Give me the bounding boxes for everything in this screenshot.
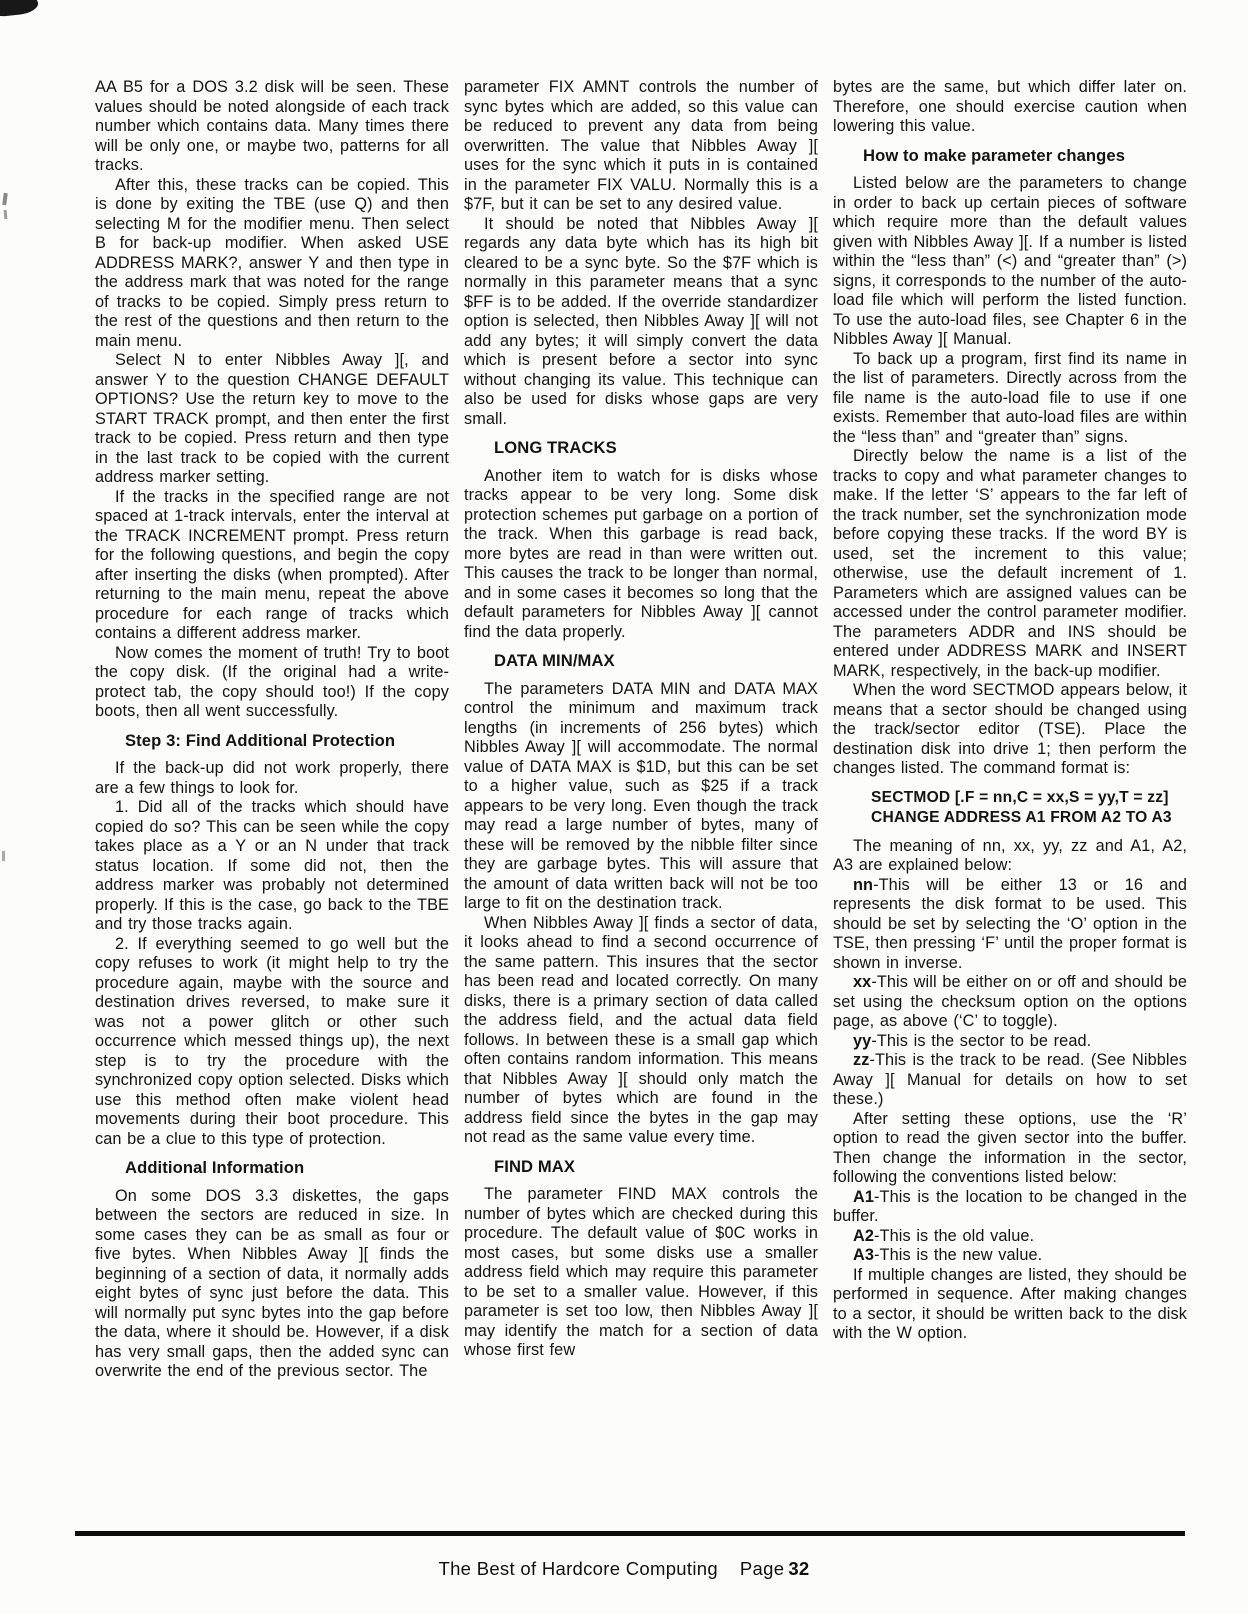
paragraph-text: Listed below are the parameters to chang… bbox=[833, 174, 1187, 348]
paragraph-text: After setting these options, use the ‘R’… bbox=[833, 1110, 1187, 1187]
paragraph-text: If multiple changes are listed, they sho… bbox=[833, 1266, 1187, 1343]
paragraph-text: On some DOS 3.3 diskettes, the gaps betw… bbox=[95, 1187, 449, 1381]
paragraph-lead: A1 bbox=[853, 1188, 874, 1206]
paragraph: If the back-up did not work properly, th… bbox=[95, 759, 449, 798]
paragraph: zz-This is the track to be read. (See Ni… bbox=[833, 1051, 1187, 1110]
paragraph-text: -This is the location to be changed in t… bbox=[833, 1188, 1187, 1226]
paragraph: When Nibbles Away ][ finds a sector of d… bbox=[464, 914, 818, 1148]
paragraph-text: Select N to enter Nibbles Away ][, and a… bbox=[95, 351, 449, 486]
section-heading: DATA MIN/MAX bbox=[494, 651, 818, 671]
paragraph-text: If the tracks in the specified range are… bbox=[95, 488, 449, 643]
paragraph: The parameters DATA MIN and DATA MAX con… bbox=[464, 680, 818, 914]
text-column-1: AA B5 for a DOS 3.2 disk will be seen. T… bbox=[95, 78, 449, 1382]
section-heading: Additional Information bbox=[125, 1158, 449, 1178]
paragraph: If the tracks in the specified range are… bbox=[95, 488, 449, 644]
footer-divider bbox=[75, 1531, 1185, 1536]
footer-title: The Best of Hardcore Computing bbox=[438, 1558, 717, 1579]
paragraph-text: When Nibbles Away ][ finds a sector of d… bbox=[464, 914, 818, 1147]
article-body: AA B5 for a DOS 3.2 disk will be seen. T… bbox=[95, 78, 1187, 1382]
paragraph-lead: A2 bbox=[853, 1227, 874, 1245]
paragraph: On some DOS 3.3 diskettes, the gaps betw… bbox=[95, 1187, 449, 1382]
footer-page-label: Page bbox=[740, 1558, 784, 1579]
magazine-page: AA B5 for a DOS 3.2 disk will be seen. T… bbox=[0, 0, 1248, 1614]
paragraph-text: 2. If everything seemed to go well but t… bbox=[95, 935, 449, 1148]
paragraph: AA B5 for a DOS 3.2 disk will be seen. T… bbox=[95, 78, 449, 176]
paragraph-text: The parameter FIND MAX controls the numb… bbox=[464, 1185, 818, 1359]
paragraph-lead: nn bbox=[853, 876, 873, 894]
paragraph: To back up a program, first find its nam… bbox=[833, 350, 1187, 448]
section-heading: FIND MAX bbox=[494, 1157, 818, 1177]
paragraph: parameter FIX AMNT controls the number o… bbox=[464, 78, 818, 215]
paragraph-text: -This is the old value. bbox=[874, 1227, 1034, 1245]
paragraph: A3-This is the new value. bbox=[833, 1246, 1187, 1266]
paragraph-text: AA B5 for a DOS 3.2 disk will be seen. T… bbox=[95, 78, 449, 174]
section-heading: LONG TRACKS bbox=[494, 438, 818, 458]
paragraph-text: Directly below the name is a list of the… bbox=[833, 447, 1187, 680]
paragraph-text: The parameters DATA MIN and DATA MAX con… bbox=[464, 680, 818, 913]
paragraph: After setting these options, use the ‘R’… bbox=[833, 1110, 1187, 1188]
paragraph: 2. If everything seemed to go well but t… bbox=[95, 935, 449, 1150]
paragraph: Now comes the moment of truth! Try to bo… bbox=[95, 644, 449, 722]
paragraph-text: The meaning of nn, xx, yy, zz and A1, A2… bbox=[833, 837, 1187, 875]
page-footer: The Best of Hardcore ComputingPage32 bbox=[0, 1558, 1248, 1580]
paragraph-text: parameter FIX AMNT controls the number o… bbox=[464, 78, 818, 213]
section-heading: How to make parameter changes bbox=[863, 146, 1187, 166]
paragraph: The parameter FIND MAX controls the numb… bbox=[464, 1185, 818, 1361]
paragraph-text: -This is the new value. bbox=[874, 1246, 1042, 1264]
paragraph-text: 1. Did all of the tracks which should ha… bbox=[95, 798, 449, 933]
paragraph: The meaning of nn, xx, yy, zz and A1, A2… bbox=[833, 837, 1187, 876]
paragraph-lead: yy bbox=[853, 1032, 871, 1050]
paragraph-text: -This will be either on or off and shoul… bbox=[833, 973, 1187, 1030]
paragraph-lead: xx bbox=[853, 973, 871, 991]
paragraph-lead: zz bbox=[853, 1051, 869, 1069]
paragraph: nn-This will be either 13 or 16 and repr… bbox=[833, 876, 1187, 974]
paragraph: xx-This will be either on or off and sho… bbox=[833, 973, 1187, 1032]
paragraph-text: -This is the sector to be read. bbox=[871, 1032, 1091, 1050]
paragraph: Another item to watch for is disks whose… bbox=[464, 467, 818, 643]
section-heading: Step 3: Find Additional Protection bbox=[125, 731, 449, 751]
paragraph-text: To back up a program, first find its nam… bbox=[833, 350, 1187, 446]
paragraph-text: When the word SECTMOD appears below, it … bbox=[833, 681, 1187, 777]
paragraph-text: After this, these tracks can be copied. … bbox=[95, 176, 449, 350]
paragraph-text: -This is the track to be read. (See Nibb… bbox=[833, 1051, 1187, 1108]
paragraph-text: If the back-up did not work properly, th… bbox=[95, 759, 449, 797]
paragraph: Listed below are the parameters to chang… bbox=[833, 174, 1187, 350]
scan-artifact-corner bbox=[0, 0, 39, 17]
paragraph-text: bytes are the same, but which differ lat… bbox=[833, 78, 1187, 135]
paragraph: When the word SECTMOD appears below, it … bbox=[833, 681, 1187, 779]
paragraph-text: -This will be either 13 or 16 and repres… bbox=[833, 876, 1187, 972]
paragraph: bytes are the same, but which differ lat… bbox=[833, 78, 1187, 137]
paragraph: A1-This is the location to be changed in… bbox=[833, 1188, 1187, 1227]
paragraph-lead: A3 bbox=[853, 1246, 874, 1264]
footer-page-number: 32 bbox=[788, 1558, 809, 1579]
paragraph-text: It should be noted that Nibbles Away ][ … bbox=[464, 215, 818, 428]
paragraph: yy-This is the sector to be read. bbox=[833, 1032, 1187, 1052]
command-format-block: SECTMOD [.F = nn,C = xx,S = yy,T = zz]CH… bbox=[871, 788, 1187, 828]
paragraph: 1. Did all of the tracks which should ha… bbox=[95, 798, 449, 935]
paragraph: If multiple changes are listed, they sho… bbox=[833, 1266, 1187, 1344]
text-column-2: parameter FIX AMNT controls the number o… bbox=[464, 78, 818, 1382]
paragraph: A2-This is the old value. bbox=[833, 1227, 1187, 1247]
paragraph: Select N to enter Nibbles Away ][, and a… bbox=[95, 351, 449, 488]
paragraph: Directly below the name is a list of the… bbox=[833, 447, 1187, 681]
paragraph: After this, these tracks can be copied. … bbox=[95, 176, 449, 352]
scan-artifact-mark bbox=[2, 193, 8, 205]
scan-artifact-mark bbox=[2, 851, 5, 861]
paragraph-text: Now comes the moment of truth! Try to bo… bbox=[95, 644, 449, 721]
paragraph-text: Another item to watch for is disks whose… bbox=[464, 467, 818, 641]
paragraph: It should be noted that Nibbles Away ][ … bbox=[464, 215, 818, 430]
text-column-3: bytes are the same, but which differ lat… bbox=[833, 78, 1187, 1382]
command-line: CHANGE ADDRESS A1 FROM A2 TO A3 bbox=[871, 808, 1187, 828]
scan-artifact-mark bbox=[4, 210, 8, 219]
command-line: SECTMOD [.F = nn,C = xx,S = yy,T = zz] bbox=[871, 788, 1187, 808]
